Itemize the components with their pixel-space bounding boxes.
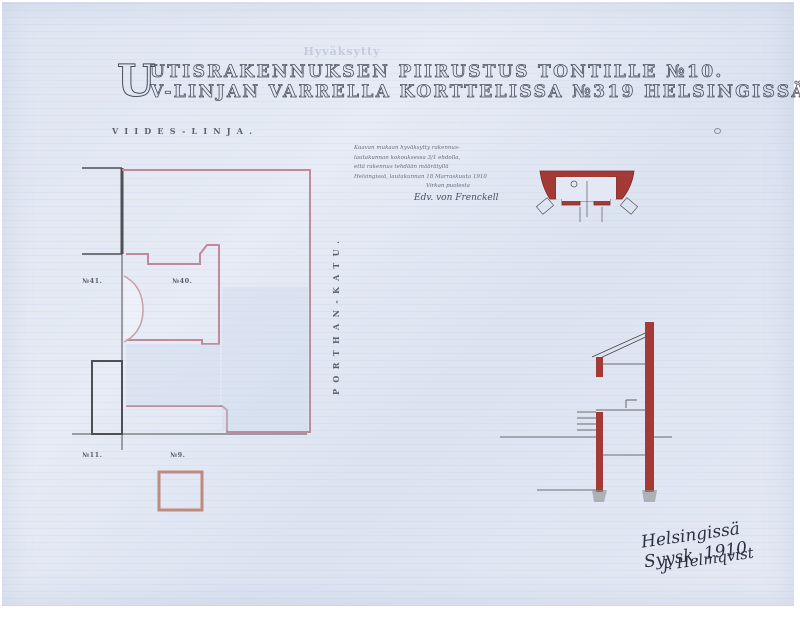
outbuilding-section [492, 312, 672, 512]
note-signature: Edv. von Frenckell [354, 194, 514, 204]
note-line: että rakennus tehdään määrätyllä [354, 163, 514, 173]
lot-label-11: №11. [82, 451, 102, 459]
margin-mark [714, 128, 721, 134]
lot-label-9: №9. [170, 451, 185, 459]
site-plan [2, 2, 800, 617]
approval-note: Kaavan mukaan hyväksytty rakennus- lauta… [354, 144, 514, 203]
outbuilding-plan [159, 472, 202, 510]
lot-label-40: №40. [172, 277, 192, 285]
note-line: Helsingissä, lautakunnan 18 Marraskuuta … [354, 173, 514, 183]
note-closing: Virkan puolesta [354, 182, 514, 192]
note-line: lautakunnan kokouksessa 3/1 ehdolla, [354, 154, 514, 164]
lot-label-41: №41. [82, 277, 102, 285]
drawing-sheet: Hyväksytty U UTISRAKENNUKSEN PIIRUSTUS T… [2, 2, 794, 606]
note-line: Kaavan mukaan hyväksytty rakennus- [354, 144, 514, 154]
bay-window [124, 276, 143, 342]
outbuilding-floor-plan [532, 167, 642, 227]
